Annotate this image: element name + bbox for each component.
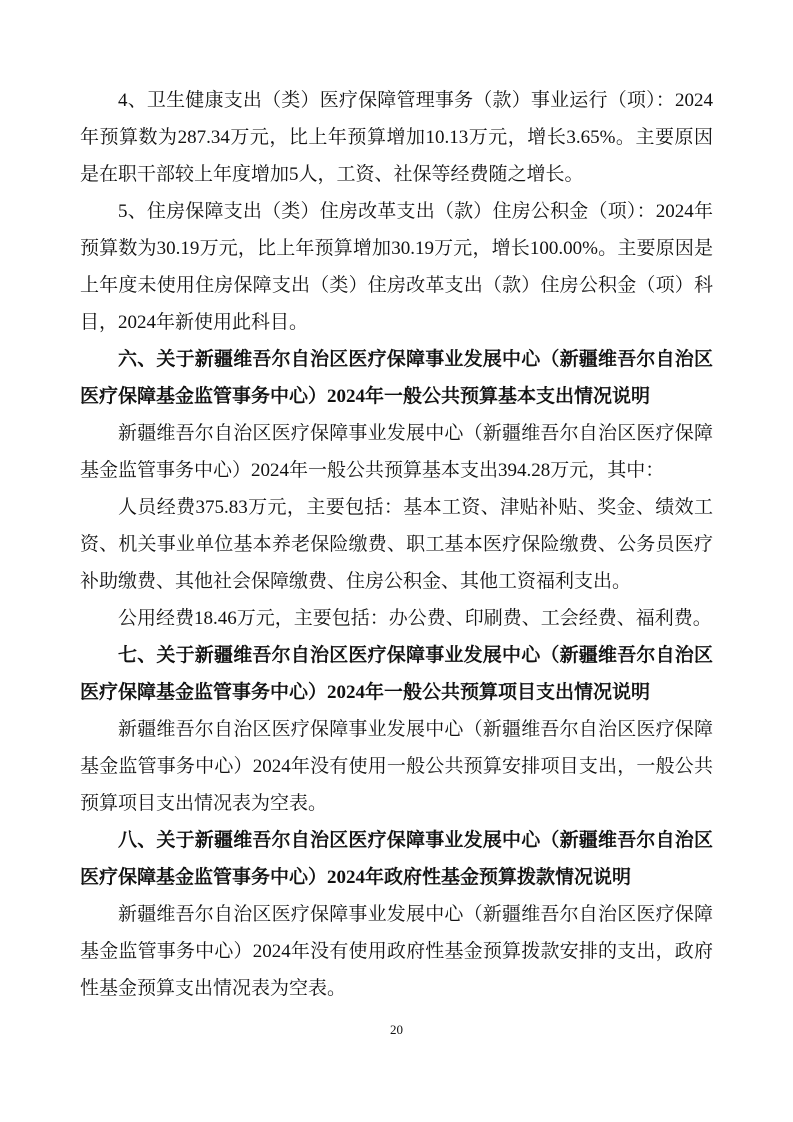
paragraph: 新疆维吾尔自治区医疗保障事业发展中心（新疆维吾尔自治区医疗保障基金监管事务中心）… xyxy=(80,711,713,822)
paragraph-list: 4、卫生健康支出（类）医疗保障管理事务（款）事业运行（项）：2024年预算数为2… xyxy=(80,82,713,1007)
page-number: 20 xyxy=(0,1022,793,1038)
paragraph: 5、住房保障支出（类）住房改革支出（款）住房公积金（项）：2024年预算数为30… xyxy=(80,193,713,341)
document-page: 4、卫生健康支出（类）医疗保障管理事务（款）事业运行（项）：2024年预算数为2… xyxy=(0,0,793,1122)
section-heading: 八、关于新疆维吾尔自治区医疗保障事业发展中心（新疆维吾尔自治区医疗保障基金监管事… xyxy=(80,822,713,896)
paragraph: 新疆维吾尔自治区医疗保障事业发展中心（新疆维吾尔自治区医疗保障基金监管事务中心）… xyxy=(80,896,713,1007)
section-heading: 七、关于新疆维吾尔自治区医疗保障事业发展中心（新疆维吾尔自治区医疗保障基金监管事… xyxy=(80,637,713,711)
paragraph: 4、卫生健康支出（类）医疗保障管理事务（款）事业运行（项）：2024年预算数为2… xyxy=(80,82,713,193)
paragraph: 公用经费18.46万元，主要包括：办公费、印刷费、工会经费、福利费。 xyxy=(80,600,713,637)
paragraph: 新疆维吾尔自治区医疗保障事业发展中心（新疆维吾尔自治区医疗保障基金监管事务中心）… xyxy=(80,415,713,489)
paragraph: 人员经费375.83万元，主要包括：基本工资、津贴补贴、奖金、绩效工资、机关事业… xyxy=(80,489,713,600)
section-heading: 六、关于新疆维吾尔自治区医疗保障事业发展中心（新疆维吾尔自治区医疗保障基金监管事… xyxy=(80,341,713,415)
